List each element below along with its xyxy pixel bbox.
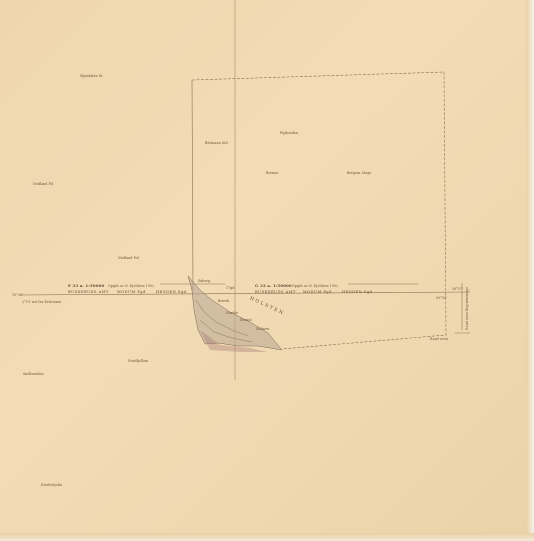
margin-bottom-right: Rand oven	[430, 337, 448, 341]
map-linework	[0, 0, 534, 541]
place-label: Bergum Stöge	[347, 171, 371, 175]
coast-place: Søberg	[198, 279, 210, 283]
sheet-right-sub-2: HEGGEN Sgd	[342, 290, 372, 294]
place-label: Nedland Pol	[118, 256, 139, 260]
place-label: Mjøsdalen St.	[80, 74, 104, 78]
coast-place: Nordre	[226, 311, 238, 315]
margin-left-note: 2°10' øst fra Kristiania	[22, 300, 61, 304]
margin-right-vertical: Rand uten Begrænsningr	[465, 287, 469, 330]
place-label: Nordfjellem	[128, 359, 148, 363]
place-label: Smålsenden	[23, 372, 44, 376]
place-label: Kvisleslysbn	[41, 483, 62, 487]
coast-place: Holmen	[256, 327, 269, 331]
sheet-left-district: BUSKERUDS AMT	[68, 290, 109, 294]
margin-left-coord: 10°20'	[12, 293, 23, 297]
sheet-left-revision: Opgitt av N. Kjeldsen 1902	[108, 284, 154, 288]
sheet-right-district: BUSKERUDS AMT	[255, 290, 296, 294]
sheet-left-title: F 33 a. 1:50000	[68, 283, 104, 288]
sheet-right-title: G 33 a. 1:50000	[255, 283, 292, 288]
coast-place: Bruvik	[218, 299, 229, 303]
paper-edge-bottom	[0, 533, 534, 541]
place-label: Bittmann Stil	[205, 141, 228, 145]
sheet-right-sub-1: MODUM Pgd	[303, 290, 332, 294]
sheet-left-sub-1: MODUM Pgd	[117, 290, 146, 294]
place-label: Nedland Pil	[33, 182, 53, 186]
coast-place: Strand	[240, 318, 252, 322]
margin-right-coord: 59°57'	[452, 287, 463, 291]
sheet-right-revision: Opgitt av N. Kjeldsen 1902	[292, 284, 338, 288]
sheet-left-sub-2: HEGGEN Sgd	[156, 290, 186, 294]
place-label: Brenne	[266, 171, 278, 175]
map-sheet: Mjøsdalen St. Bittmann Stil Pipkonden Br…	[0, 0, 534, 541]
place-label: Pipkonden	[280, 131, 298, 135]
paper-edge-right	[526, 0, 534, 541]
scale-end-label: 17gd	[226, 286, 235, 290]
margin-right-note: 59°50'	[436, 296, 447, 300]
